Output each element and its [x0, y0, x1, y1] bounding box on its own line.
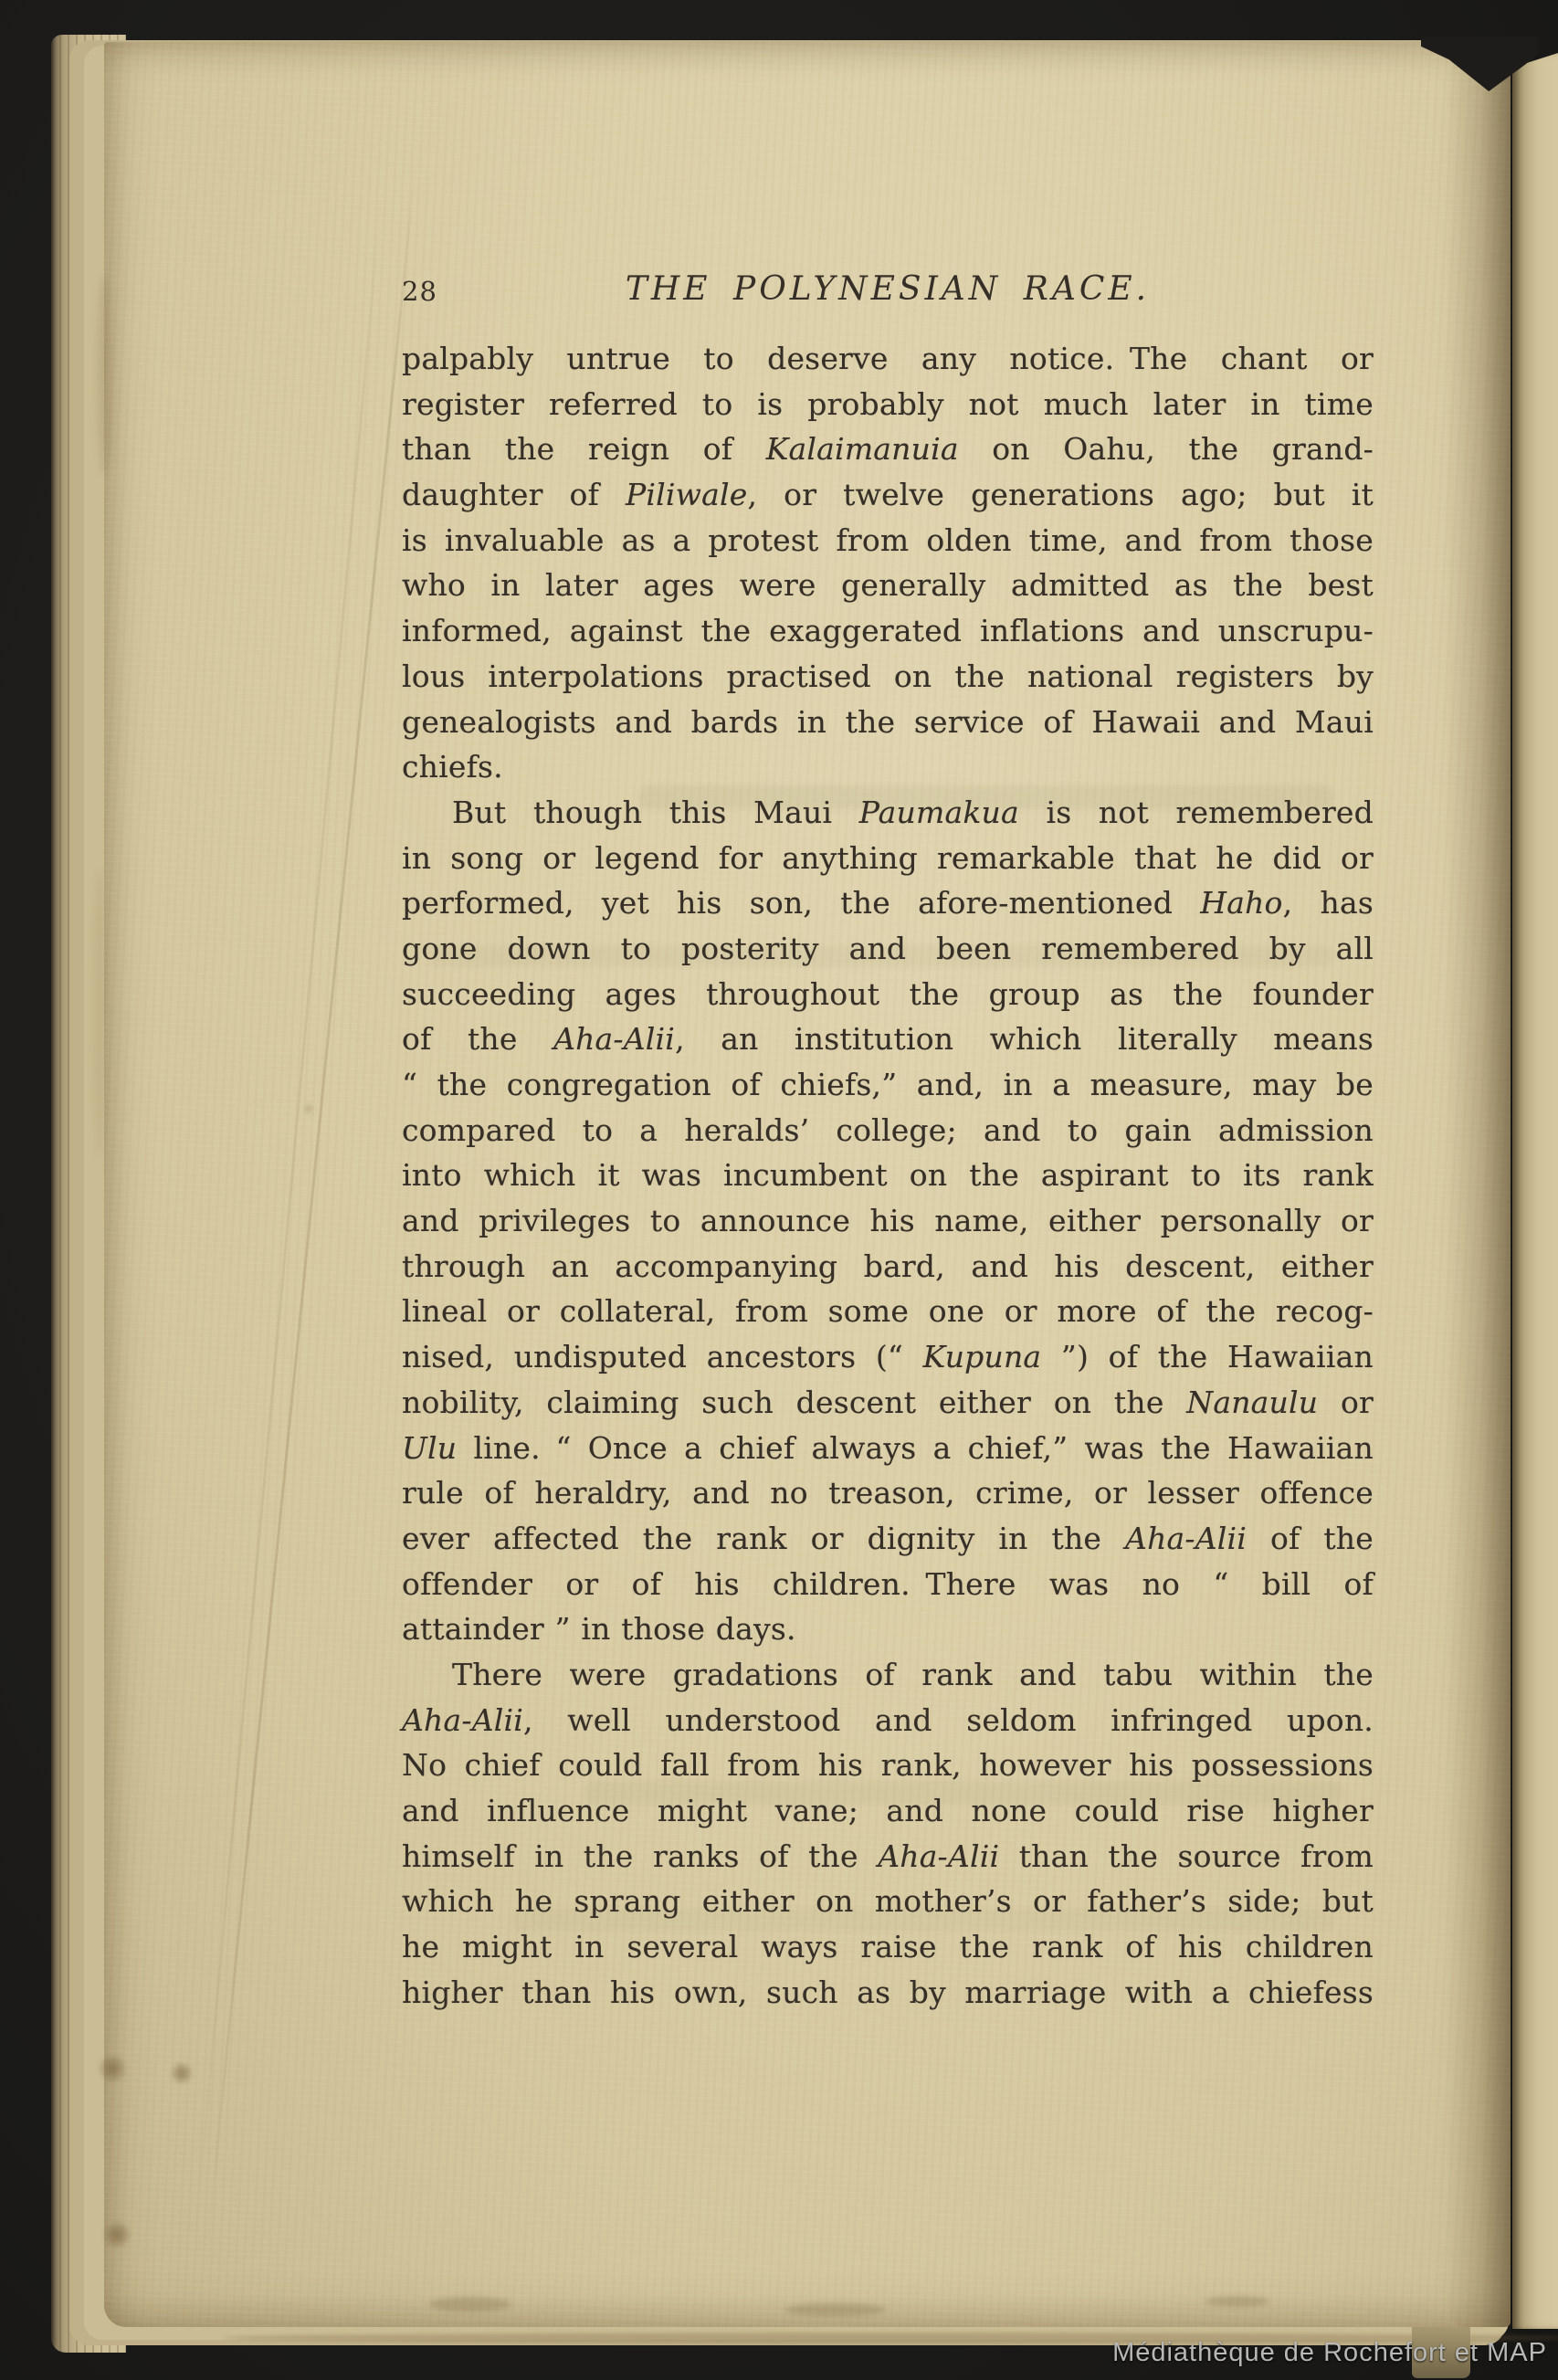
text-line: and influence might vane; and none could…: [402, 1788, 1374, 1834]
text-line: which he sprang either on mother’s or fa…: [402, 1879, 1374, 1924]
page-stain: [93, 868, 106, 1160]
body-text: palpably untrue to deserve any notice. T…: [402, 336, 1374, 2015]
text-line: than the reign of Kalaimanuia on Oahu, t…: [402, 427, 1374, 472]
text-line: higher than his own, such as by marriage…: [402, 1970, 1374, 2016]
page-stain: [102, 2221, 132, 2248]
text-line: There were gradations of rank and tabu w…: [402, 1652, 1374, 1698]
text-line: register referred to is probably not muc…: [402, 382, 1374, 427]
text-line: No chief could fall from his rank, howev…: [402, 1743, 1374, 1788]
text-line: of the Aha-Alii, an institution which li…: [402, 1016, 1374, 1062]
text-line: into which it was incumbent on the aspir…: [402, 1153, 1374, 1198]
page-header: 28 THE POLYNESIAN RACE.: [402, 270, 1374, 312]
page-stain: [97, 2055, 128, 2082]
deckle-edge-line: [206, 162, 416, 2243]
text-line: ever affected the rank or dignity in the…: [402, 1516, 1374, 1562]
text-line: informed, against the exaggerated inflat…: [402, 608, 1374, 654]
gutter-shadow: [1445, 42, 1511, 2327]
text-line: Ulu line. “ Once a chief always a chief,…: [402, 1426, 1374, 1471]
text-line: through an accompanying bard, and his de…: [402, 1244, 1374, 1290]
text-line: who in later ages were generally admitte…: [402, 563, 1374, 608]
text-line: But though this Maui Paumakua is not rem…: [402, 790, 1374, 836]
text-line: lineal or collateral, from some one or m…: [402, 1289, 1374, 1334]
page-stain: [429, 2297, 511, 2312]
adjacent-page-edge: [1512, 53, 1558, 2329]
deckle-edge-line: [194, 196, 383, 2243]
text-line: succeeding ages throughout the group as …: [402, 972, 1374, 1017]
text-line: palpably untrue to deserve any notice. T…: [402, 336, 1374, 382]
book-page: 28 THE POLYNESIAN RACE. palpably untrue …: [104, 42, 1511, 2327]
text-line: nised, undisputed ancestors (“ Kupuna ”)…: [402, 1334, 1374, 1380]
page-number: 28: [402, 276, 437, 307]
text-line: compared to a heralds’ college; and to g…: [402, 1108, 1374, 1153]
text-line: he might in several ways raise the rank …: [402, 1924, 1374, 1970]
text-line: gone down to posterity and been remember…: [402, 926, 1374, 972]
page-stain: [1205, 2296, 1269, 2307]
text-line: offender or of his children. There was n…: [402, 1562, 1374, 1607]
text-line: lous interpolations practised on the nat…: [402, 654, 1374, 700]
text-line: in song or legend for anything remarkabl…: [402, 836, 1374, 881]
watermark: Médiathèque de Rochefort et MAP: [1112, 2338, 1547, 2368]
text-line: rule of heraldry, and no treason, crime,…: [402, 1470, 1374, 1516]
text-line: Aha-Alii, well understood and seldom inf…: [402, 1698, 1374, 1743]
text-line: himself in the ranks of the Aha-Alii tha…: [402, 1834, 1374, 1880]
page-stain: [303, 1103, 314, 1114]
text-line: chiefs.: [402, 744, 1374, 790]
text-line: daughter of Piliwale, or twelve generati…: [402, 472, 1374, 518]
text-line: and privileges to announce his name, eit…: [402, 1198, 1374, 1244]
text-line: attainder ” in those days.: [402, 1606, 1374, 1652]
page-stain: [785, 2303, 886, 2316]
text-line: “ the congregation of chiefs,” and, in a…: [402, 1062, 1374, 1108]
scan-background: 28 THE POLYNESIAN RACE. palpably untrue …: [0, 0, 1558, 2380]
text-line: performed, yet his son, the afore-mentio…: [402, 880, 1374, 926]
text-line: nobility, claiming such descent either o…: [402, 1380, 1374, 1426]
running-title: THE POLYNESIAN RACE.: [402, 270, 1374, 308]
page-stain: [170, 2062, 194, 2084]
text-line: genealogists and bards in the service of…: [402, 700, 1374, 745]
page-stain: [97, 274, 111, 475]
text-line: is invaluable as a protest from olden ti…: [402, 518, 1374, 563]
